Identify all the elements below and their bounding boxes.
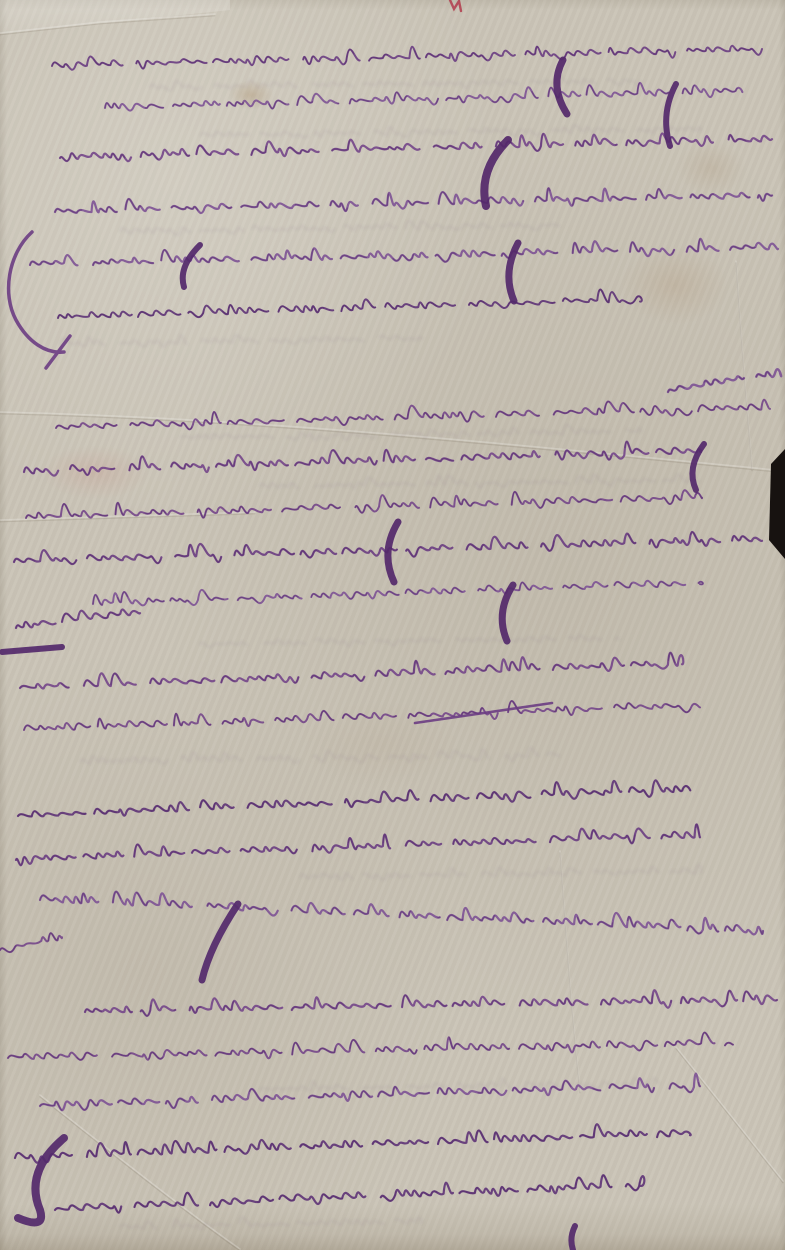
handwritten-line [55, 188, 772, 213]
bold-ink-flourish [202, 904, 238, 980]
handwriting-layer [0, 0, 785, 1250]
margin-flourish [9, 232, 70, 368]
handwritten-line [93, 581, 703, 606]
handwritten-line [58, 289, 642, 318]
bold-ink-flourish [509, 243, 518, 301]
handwritten-line [40, 1074, 700, 1111]
handwritten-line [16, 609, 140, 628]
bold-ink-flourish [388, 522, 398, 582]
bold-ink-flourish [484, 140, 508, 206]
ink-flourishes [18, 60, 704, 1250]
bold-ink-flourish [557, 60, 567, 114]
handwritten-line [16, 824, 700, 865]
scanned-letter-page [0, 0, 785, 1250]
bold-ink-flourish [571, 1226, 575, 1250]
handwritten-line [30, 239, 778, 265]
handwritten-line [20, 653, 683, 689]
handwritten-line [56, 400, 770, 430]
bold-ink-flourish [692, 444, 704, 490]
handwritten-line [40, 892, 763, 935]
handwritten-line [8, 1033, 733, 1060]
handwritten-line [24, 701, 700, 730]
handwritten-line [24, 442, 701, 476]
bold-ink-flourish [183, 245, 200, 287]
red-page-mark [450, 0, 461, 11]
handwritten-line [52, 46, 762, 70]
handwritten-line [668, 369, 781, 392]
paragraph-dash [2, 647, 62, 652]
handwritten-line [55, 1175, 644, 1212]
scan-backing-gap [769, 449, 785, 559]
bold-ink-flourish [18, 1138, 64, 1223]
handwriting-lines [0, 46, 781, 1213]
handwritten-line [26, 490, 702, 518]
handwritten-line [18, 780, 690, 816]
handwritten-line [85, 990, 777, 1016]
handwritten-line [0, 933, 62, 952]
